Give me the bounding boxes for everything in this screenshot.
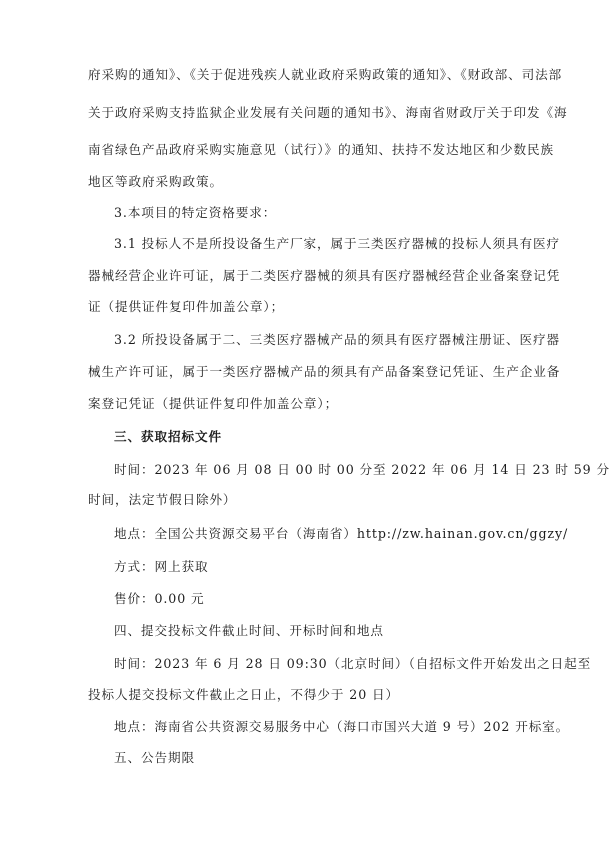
- text-line: 3.本项目的特定资格要求：: [114, 205, 520, 221]
- text-line: 器械经营企业许可证，属于二类医疗器械的须具有医疗器械经营企业备案登记凭: [88, 268, 520, 284]
- text-line: 地区等政府采购政策。: [88, 174, 520, 190]
- section-heading: 五、公告期限: [114, 750, 520, 766]
- text-line: 时间：2023 年 06 月 08 日 00 时 00 分至 2022 年 06…: [114, 462, 520, 478]
- text-line: 3.2 所投设备属于二、三类医疗器械产品的须具有医疗器械注册证、医疗器: [114, 332, 520, 348]
- text-line: 投标人提交投标文件截止之日止，不得少于 20 日）: [88, 687, 520, 703]
- text-line: 证（提供证件复印件加盖公章）；: [88, 299, 520, 315]
- document-page: 府采购的通知》、《关于促进残疾人就业政府采购政策的通知》、《财政部、司法部 关于…: [0, 0, 610, 862]
- text-line: 械生产许可证，属于一类医疗器械产品的须具有产品备案登记凭证、生产企业备: [88, 364, 520, 380]
- text-line: 地点：海南省公共资源交易服务中心（海口市国兴大道 9 号）202 开标室。: [114, 719, 520, 735]
- text-line: 方式：网上获取: [114, 559, 520, 575]
- text-line: 案登记凭证（提供证件复印件加盖公章）；: [88, 396, 520, 412]
- text-line: 时间，法定节假日除外）: [88, 492, 520, 508]
- text-line: 南省绿色产品政府采购实施意见（试行）》的通知、扶持不发达地区和少数民族: [88, 142, 520, 158]
- text-line: 府采购的通知》、《关于促进残疾人就业政府采购政策的通知》、《财政部、司法部: [88, 67, 520, 83]
- text-line: 地点：全国公共资源交易平台（海南省）http://zw.hainan.gov.c…: [114, 526, 520, 542]
- section-heading: 三、获取招标文件: [114, 429, 520, 445]
- text-line: 关于政府采购支持监狱企业发展有关问题的通知书》、海南省财政厅关于印发《海: [88, 105, 520, 121]
- text-line: 时间：2023 年 6 月 28 日 09:30（北京时间）（自招标文件开始发出…: [114, 656, 520, 672]
- text-line: 售价：0.00 元: [114, 591, 520, 607]
- text-line: 3.1 投标人不是所投设备生产厂家，属于三类医疗器械的投标人须具有医疗: [114, 236, 520, 252]
- section-heading: 四、提交投标文件截止时间、开标时间和地点: [114, 623, 520, 639]
